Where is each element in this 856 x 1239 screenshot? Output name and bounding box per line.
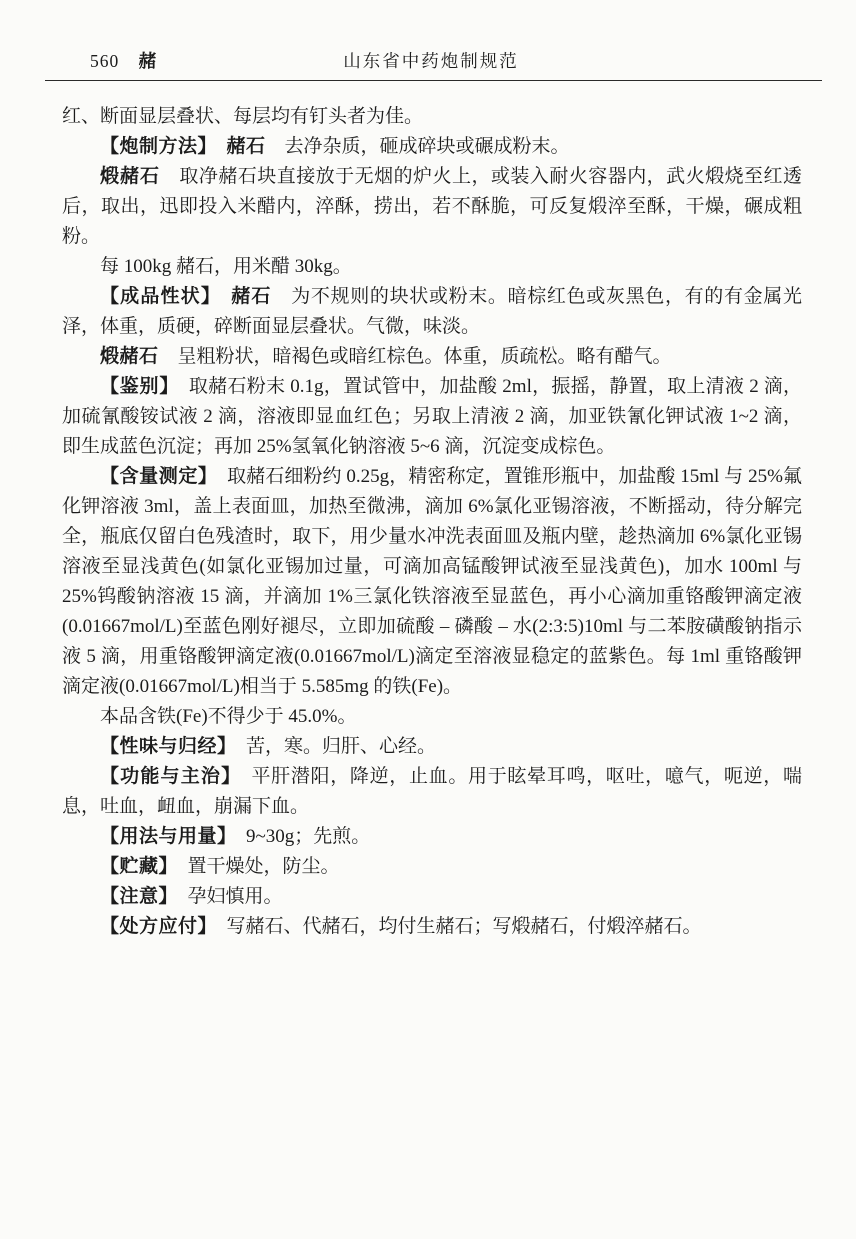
- paragraph: 【注意】 孕妇慎用。: [62, 882, 802, 912]
- bold-text-segment: 【性味与归经】: [100, 736, 227, 757]
- bold-text-segment: 【注意】: [100, 886, 169, 907]
- document-page: 560 赭 山东省中药炮制规范 红、断面显层叠状、每层均有钉头者为佳。【炮制方法…: [0, 0, 856, 1239]
- header-title: 山东省中药炮制规范: [62, 48, 800, 74]
- text-segment: 苦，寒。归肝、心经。: [227, 736, 436, 757]
- paragraph: 【处方应付】 写赭石、代赭石，均付生赭石；写煅赭石，付煅淬赭石。: [62, 912, 802, 942]
- header-rule: [45, 80, 822, 81]
- bold-text-segment: 【用法与用量】: [100, 826, 227, 847]
- paragraph: 煅赭石 取净赭石块直接放于无烟的炉火上，或装入耐火容器内，武火煅烧至红透后，取出…: [62, 162, 802, 252]
- bold-text-segment: 【处方应付】: [100, 916, 208, 937]
- page-body: 红、断面显层叠状、每层均有钉头者为佳。【炮制方法】 赭石 去净杂质，砸成碎块或碾…: [62, 102, 802, 942]
- text-segment: 取赭石细粉约 0.25g，精密称定，置锥形瓶中，加盐酸 15ml 与 25%氟化…: [62, 466, 802, 697]
- bold-text-segment: 赭石: [231, 286, 271, 307]
- text-segment: 置干燥处，防尘。: [169, 856, 340, 877]
- bold-text-segment: 【炮制方法】: [100, 136, 208, 157]
- text-segment: 9~30g；先煎。: [227, 826, 370, 847]
- bold-text-segment: 【含量测定】: [100, 466, 208, 487]
- text-segment: [208, 136, 227, 157]
- paragraph: 每 100kg 赭石，用米醋 30kg。: [62, 252, 802, 282]
- bold-text-segment: 【功能与主治】: [100, 766, 232, 787]
- paragraph: 本品含铁(Fe)不得少于 45.0%。: [62, 702, 802, 732]
- paragraph: 煅赭石 呈粗粉状，暗褐色或暗红棕色。体重，质疏松。略有醋气。: [62, 342, 802, 372]
- paragraph: 【性味与归经】 苦，寒。归肝、心经。: [62, 732, 802, 762]
- bold-text-segment: 煅赭石: [100, 166, 160, 187]
- text-segment: 写赭石、代赭石，均付生赭石；写煅赭石，付煅淬赭石。: [208, 916, 702, 937]
- text-segment: 孕妇慎用。: [169, 886, 283, 907]
- bold-text-segment: 【成品性状】: [100, 286, 212, 307]
- paragraph: 【含量测定】 取赭石细粉约 0.25g，精密称定，置锥形瓶中，加盐酸 15ml …: [62, 462, 802, 702]
- bold-text-segment: 赭石: [227, 136, 266, 157]
- text-segment: 取净赭石块直接放于无烟的炉火上，或装入耐火容器内，武火煅烧至红透后，取出，迅即投…: [62, 166, 802, 247]
- bold-text-segment: 【贮藏】: [100, 856, 169, 877]
- paragraph: 【炮制方法】 赭石 去净杂质，砸成碎块或碾成粉末。: [62, 132, 802, 162]
- paragraph: 红、断面显层叠状、每层均有钉头者为佳。: [62, 102, 802, 132]
- text-segment: 本品含铁(Fe)不得少于 45.0%。: [100, 706, 356, 727]
- text-segment: 取赭石粉末 0.1g，置试管中，加盐酸 2ml，振摇，静置，取上清液 2 滴，加…: [62, 376, 802, 457]
- bold-text-segment: 【鉴别】: [100, 376, 170, 397]
- text-segment: 去净杂质，砸成碎块或碾成粉末。: [266, 136, 570, 157]
- bold-text-segment: 煅赭石: [100, 346, 159, 367]
- page-header: 560 赭 山东省中药炮制规范: [62, 48, 800, 74]
- paragraph: 【贮藏】 置干燥处，防尘。: [62, 852, 802, 882]
- paragraph: 【功能与主治】 平肝潜阳，降逆，止血。用于眩晕耳鸣，呕吐，噫气，呃逆，喘息，吐血…: [62, 762, 802, 822]
- paragraph: 【鉴别】 取赭石粉末 0.1g，置试管中，加盐酸 2ml，振摇，静置，取上清液 …: [62, 372, 802, 462]
- text-segment: 每 100kg 赭石，用米醋 30kg。: [100, 256, 352, 277]
- paragraph: 【成品性状】 赭石 为不规则的块状或粉末。暗棕红色或灰黑色，有的有金属光泽，体重…: [62, 282, 802, 342]
- text-segment: 呈粗粉状，暗褐色或暗红棕色。体重，质疏松。略有醋气。: [159, 346, 672, 367]
- paragraph: 【用法与用量】 9~30g；先煎。: [62, 822, 802, 852]
- text-segment: [212, 286, 232, 307]
- text-segment: 红、断面显层叠状、每层均有钉头者为佳。: [62, 106, 423, 127]
